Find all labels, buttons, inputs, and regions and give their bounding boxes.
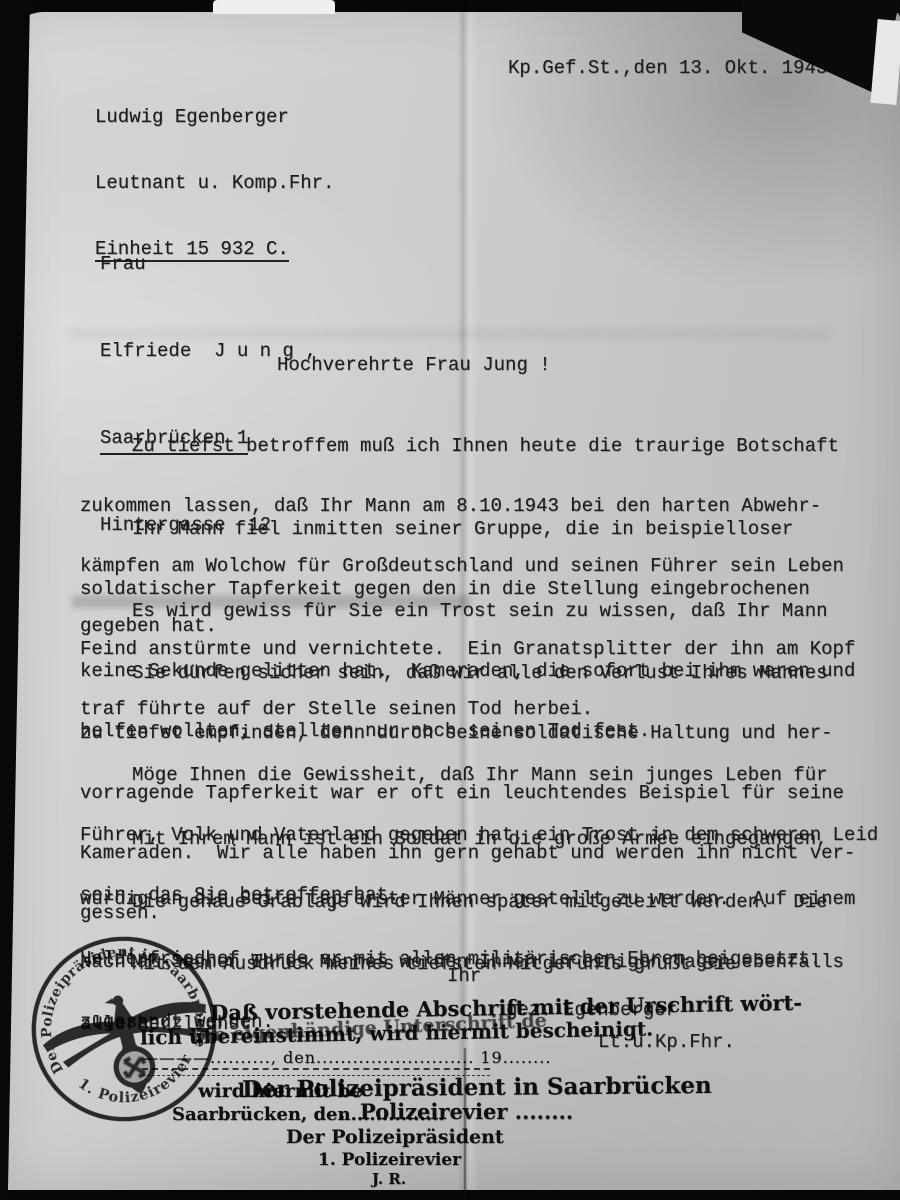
der-polizeipraesident-line: Der Polizeipräsident xyxy=(286,1126,504,1148)
polizeirevier-stamp-line: . Polizeirevier ........ xyxy=(338,1099,573,1124)
crease-line xyxy=(464,1048,466,1198)
sender-name: Ludwig Egenberger xyxy=(95,106,334,128)
salutation: Hochverehrte Frau Jung ! xyxy=(277,355,551,375)
paper-torn-tab xyxy=(213,0,335,14)
dateline: Kp.Gef.St.,den 13. Okt. 1943 xyxy=(508,58,827,78)
recipient-title: Frau xyxy=(100,250,317,279)
closing: Ihr xyxy=(447,966,481,986)
seal-wreath xyxy=(112,1045,156,1089)
scanned-letter: Ludwig Egenberger Leutnant u. Komp.Fhr. … xyxy=(0,0,900,1200)
initials-line: J. R. xyxy=(372,1170,406,1188)
sender-rank: Leutnant u. Komp.Fhr. xyxy=(95,172,334,194)
erstes-polizeirevier-line: 1. Polizeirevier xyxy=(318,1150,461,1170)
